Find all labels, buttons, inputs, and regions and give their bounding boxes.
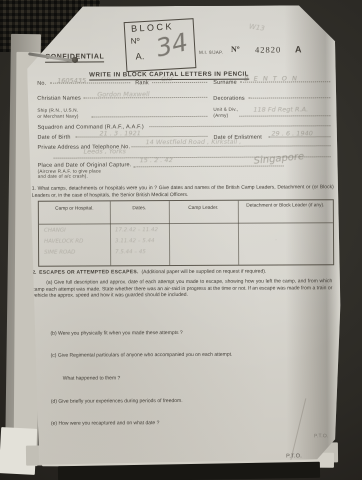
rank-label: Rank [135,80,149,86]
reference-suffix: A [295,46,302,52]
section-2-item-a: (a) Give full description and approx. da… [32,278,332,299]
pto-underpage-label: P.T.O. [314,433,328,439]
section-2-item-d: (d) Give briefly your experiences during… [51,398,183,405]
unit-div-handwritten-value: 118 Fd Regt R.A. [253,105,308,113]
photo-background: CONFIDENTIAL BLOCK Nº A. 34 W13 M.I. 9/J… [0,0,362,480]
table-row-dates: 17.2.42 – 11.42 [115,227,158,233]
straight-pin-head [72,57,78,63]
camps-table: Camp or Hospital. Dates. Camp Leader. De… [38,199,334,267]
surname-label: Surname [213,80,237,86]
block-number-stamp: BLOCK Nº A. 34 [124,18,197,72]
table-row-camp: HAVELOCK RD [44,239,83,245]
table-column-divider [238,201,239,265]
capture-sub-line2: and date of a/c crash). [38,174,88,180]
question-1-text: 1. What camps, detachments or hospitals … [32,184,334,199]
reference-dept: M.I. 9/JAP. [199,50,223,56]
section-2-item-b: (b) Were you physically fit when you mad… [50,330,182,337]
enlistment-handwritten-value: 29 . 6 . 1940 [271,129,312,137]
table-header-leader: Camp Leader. [169,206,238,212]
section-2-title: ESCAPES OR ATTEMPTED ESCAPES. [39,269,139,276]
stamp-handwritten-number: 34 [153,27,191,63]
stamp-no-label: Nº [131,38,140,45]
section-2-heading: 2. ESCAPES OR ATTEMPTED ESCAPES. (Additi… [32,268,334,276]
christian-names-label: Christian Names [37,96,81,102]
address-handwritten-line1: 14 Westfield Road , Kirkstall , [145,138,241,147]
table-row-block-leader: · [275,238,277,244]
reference-no-label: Nº [231,47,240,53]
pto-label: P.T.O. [286,453,302,459]
date-of-birth-label: Date of Birth [37,135,70,141]
no-handwritten-value: 1605435 [57,77,86,85]
address-handwritten-line2: Leeds , Yorks [84,147,126,155]
table-header-camp: Camp or Hospital. [39,206,110,212]
christian-names-handwritten-value: Gordon Maxwell [97,90,149,98]
table-row-camp: CHANGI [44,228,66,234]
section-2-note: (Additional paper will be supplied on re… [141,269,266,276]
capture-date-handwritten-value: 15 . 2 . 42 [140,156,173,164]
date-of-birth-handwritten-value: 21 . 3 . 1921 [99,129,140,137]
ship-label-line2: or Merchant Navy) [37,114,78,120]
ship-fill-line [91,110,207,118]
questionnaire-sheet: CONFIDENTIAL BLOCK Nº A. 34 W13 M.I. 9/J… [27,5,343,465]
unit-div-label-line2: (Army) [213,113,228,119]
date-of-birth-fill-line [75,130,207,138]
section-2-item-c: (c) Give Regimental particulars of anyon… [51,352,233,360]
reference-serial: 42820 [255,46,281,52]
stamp-series-letter: A. [135,53,144,60]
section-2-item-e: (e) How were you recaptured and on what … [51,420,159,427]
decorations-fill-line [248,91,330,98]
table-row-dates: 7.5.44 – 45 [115,249,146,255]
table-header-divider [39,222,333,225]
table-row-dates: 3.11.42 – 5.44 [115,238,155,244]
corner-pencil-note: W13 [248,22,265,32]
surname-handwritten-value: B E N T O N [244,74,298,82]
table-header-block-leader: Detachment or Block Leader (if any). [238,203,333,209]
table-row-camp: SIME ROAD [44,250,75,256]
rank-handwritten-value: Gnr [161,75,173,83]
decorations-label: Decorations [213,96,245,102]
squadron-fill-line [149,119,330,127]
no-label: No. [37,81,46,87]
table-header-dates: Dates. [110,206,169,212]
section-2-item-c2: What happened to them ? [63,375,121,382]
